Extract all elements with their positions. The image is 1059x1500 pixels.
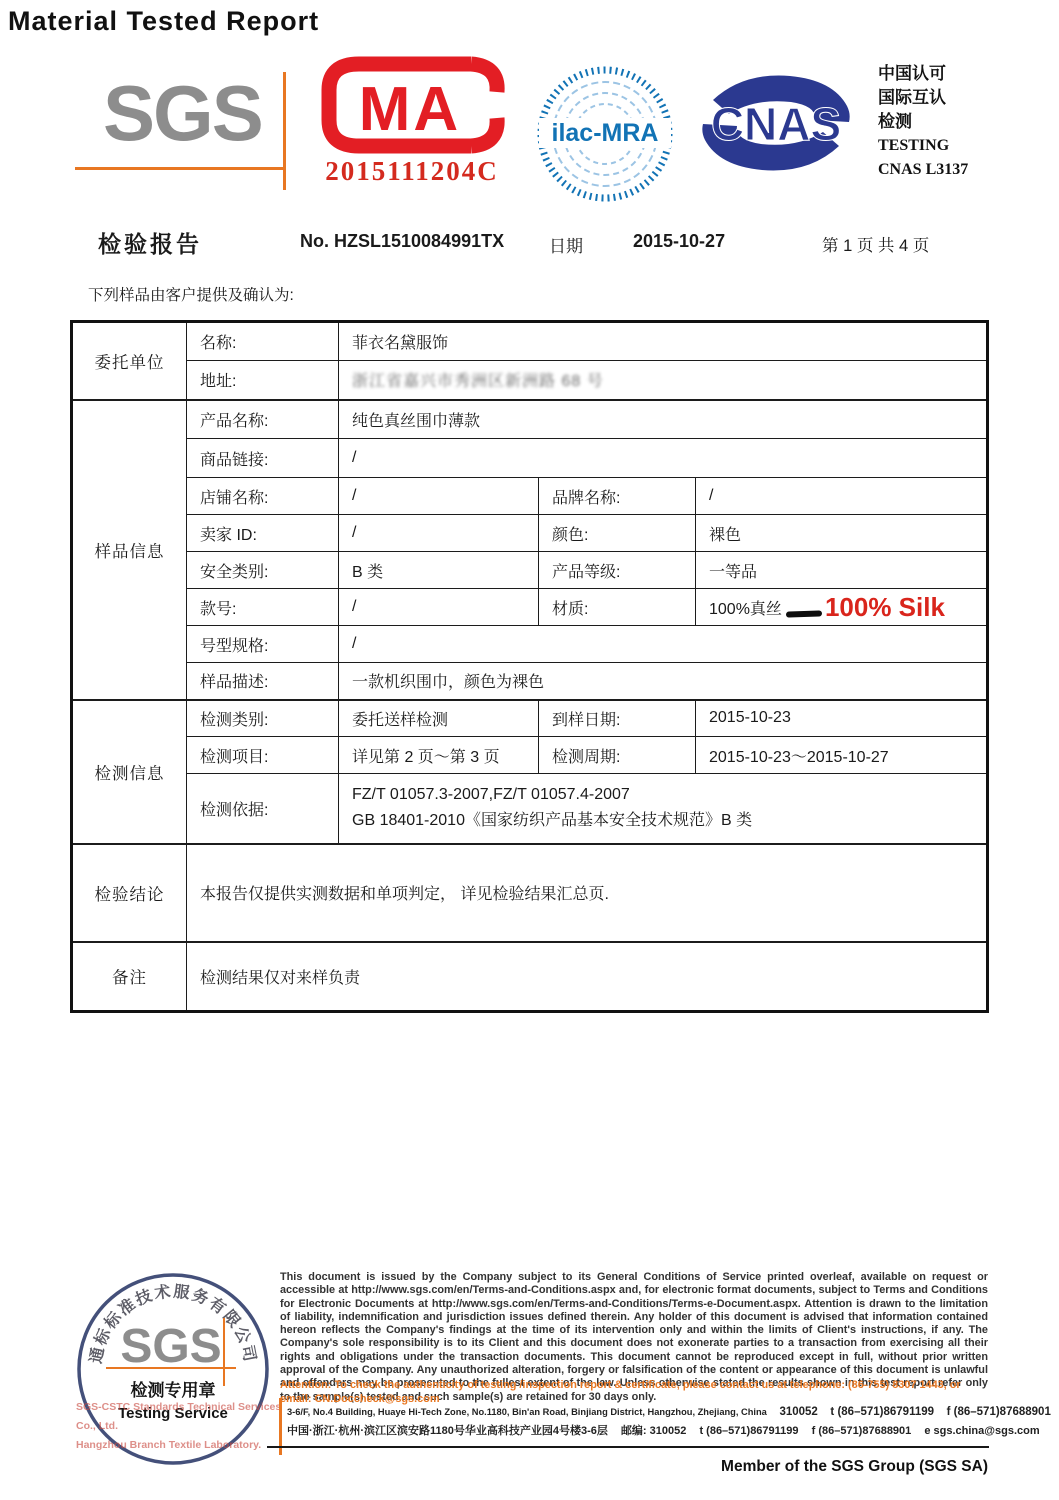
- accreditation-line: TESTING: [878, 134, 998, 158]
- test-type-label: 检测类别:: [187, 700, 339, 737]
- test-type-value: 委托送样检测: [339, 700, 539, 737]
- description-value: 一款机织围巾，颜色为裸色: [339, 663, 988, 700]
- cma-logo: MA 2015111204C: [310, 54, 515, 199]
- sgs-logo: SGS: [75, 60, 290, 200]
- grade-value: 一等品: [696, 552, 988, 589]
- stamp-sgs-text: SGS: [120, 1320, 221, 1373]
- table-row: 样品描述: 一款机织围巾，颜色为裸色: [72, 663, 988, 700]
- seller-id-label: 卖家 ID:: [187, 515, 339, 552]
- color-value: 裸色: [696, 515, 988, 552]
- postcode-en: 310052: [779, 1406, 817, 1418]
- basis-value: FZ/T 01057.3-2007,FZ/T 01057.4-2007 GB 1…: [339, 774, 988, 844]
- footer-divider-line: [267, 1446, 989, 1448]
- sgs-logo-vertical-line: [283, 72, 286, 190]
- group-test-info: 检测信息: [72, 700, 187, 844]
- grade-label: 产品等级:: [539, 552, 696, 589]
- table-row: 检测项目: 详见第 2 页～第 3 页 检测周期: 2015-10-23～201…: [72, 737, 988, 774]
- cnas-text: CNAS: [711, 98, 841, 150]
- address-cn: 中国·浙江·杭州·滨江区滨安路1180号华业高科技产业园4号楼3-6层: [287, 1425, 608, 1437]
- report-table: 委托单位 名称: 菲衣名黛服饰 地址: 浙江省嘉兴市秀洲区新洲路 68 号 样品…: [70, 320, 989, 1013]
- telephone-en: t (86–571)86791199: [830, 1406, 934, 1418]
- link-label: 商品链接:: [187, 439, 339, 478]
- annotation-dash: [786, 610, 822, 617]
- attention-text: Attention: To check the authenticity of …: [280, 1379, 988, 1406]
- test-period-label: 检测周期:: [539, 737, 696, 774]
- ilac-mra-icon: ilac-MRA: [535, 64, 675, 204]
- group-conclusion: 检验结论: [72, 844, 187, 942]
- name-value: 菲衣名黛服饰: [339, 322, 988, 361]
- page-title: Material Tested Report: [8, 6, 319, 37]
- brand-value: /: [696, 478, 988, 515]
- email: e sgs.china@sgs.com: [924, 1425, 1039, 1437]
- test-items-label: 检测项目:: [187, 737, 339, 774]
- member-text: Member of the SGS Group (SGS SA): [640, 1458, 988, 1476]
- report-page: Material Tested Report SGS MA 2015111204…: [0, 0, 1059, 1500]
- lab-name-overlay: SGS-CSTC Standards Technical Services Co…: [76, 1398, 298, 1455]
- arrival-date-label: 到样日期:: [539, 700, 696, 737]
- product-label: 产品名称:: [187, 400, 339, 439]
- shop-value: /: [339, 478, 539, 515]
- accreditation-line: 中国认可: [878, 62, 998, 86]
- table-row: 检验结论 本报告仅提供实测数据和单项判定， 详见检验结果汇总页.: [72, 844, 988, 942]
- table-row: 检测信息 检测类别: 委托送样检测 到样日期: 2015-10-23: [72, 700, 988, 737]
- product-value: 纯色真丝围巾薄款: [339, 400, 988, 439]
- safety-value: B 类: [339, 552, 539, 589]
- fax-en: f (86–571)87688901: [947, 1406, 1051, 1418]
- accreditation-line: 检测: [878, 110, 998, 134]
- cma-certificate-number: 2015111204C: [312, 156, 512, 187]
- sgs-logo-text: SGS: [103, 74, 262, 152]
- cnas-icon: CNAS: [695, 70, 857, 176]
- group-client: 委托单位: [72, 322, 187, 400]
- table-row: 样品信息 产品名称: 纯色真丝围巾薄款: [72, 400, 988, 439]
- report-number: No. HZSL1510084991TX: [300, 231, 504, 252]
- table-row: 地址: 浙江省嘉兴市秀洲区新洲路 68 号: [72, 361, 988, 400]
- material-annotation: 100% Silk: [825, 592, 945, 623]
- style-label: 款号:: [187, 589, 339, 626]
- report-title: 检验报告: [98, 226, 202, 259]
- accreditation-text-block: 中国认可 国际互认 检测 TESTING CNAS L3137: [878, 62, 998, 182]
- conclusion-value: 本报告仅提供实测数据和单项判定， 详见检验结果汇总页.: [187, 844, 988, 942]
- cnas-logo: CNAS: [695, 70, 857, 181]
- basis-line-1: FZ/T 01057.3-2007,FZ/T 01057.4-2007: [352, 782, 980, 808]
- table-row: 卖家 ID: / 颜色: 裸色: [72, 515, 988, 552]
- size-value: /: [339, 626, 988, 663]
- safety-label: 安全类别:: [187, 552, 339, 589]
- lab-name-line-2: Hangzhou Branch Textile Laboratory.: [76, 1436, 298, 1455]
- stamp-line-1: 检测专用章: [131, 1380, 216, 1400]
- table-row: 款号: / 材质: 100%真丝 100% Silk: [72, 589, 988, 626]
- postcode-cn: 邮编: 310052: [621, 1425, 686, 1437]
- ilac-mra-logo: ilac-MRA: [535, 64, 675, 209]
- address-en: 3-6/F, No.4 Building, Huaye Hi-Tech Zone…: [287, 1407, 767, 1417]
- size-label: 号型规格:: [187, 626, 339, 663]
- table-row: 安全类别: B 类 产品等级: 一等品: [72, 552, 988, 589]
- table-row: 号型规格: /: [72, 626, 988, 663]
- address-line-cn: 中国·浙江·杭州·滨江区滨安路1180号华业高科技产业园4号楼3-6层 邮编: …: [287, 1422, 987, 1438]
- material-label: 材质:: [539, 589, 696, 626]
- name-label: 名称:: [187, 322, 339, 361]
- material-value: 100%真丝 100% Silk: [696, 589, 988, 626]
- table-row: 检测依据: FZ/T 01057.3-2007,FZ/T 01057.4-200…: [72, 774, 988, 844]
- intro-text: 下列样品由客户提供及确认为:: [88, 283, 294, 305]
- table-row: 店铺名称: / 品牌名称: /: [72, 478, 988, 515]
- description-label: 样品描述:: [187, 663, 339, 700]
- test-items-value: 详见第 2 页～第 3 页: [339, 737, 539, 774]
- cma-letters: MA: [358, 75, 460, 144]
- table-row: 委托单位 名称: 菲衣名黛服饰: [72, 322, 988, 361]
- address-value: 浙江省嘉兴市秀洲区新洲路 68 号: [339, 361, 988, 400]
- ilac-mra-text: ilac-MRA: [552, 119, 659, 147]
- accreditation-line: 国际互认: [878, 86, 998, 110]
- seller-id-value: /: [339, 515, 539, 552]
- date-label: 日期: [549, 232, 583, 257]
- lab-name-line-1: SGS-CSTC Standards Technical Services Co…: [76, 1398, 298, 1436]
- material-text: 100%真丝: [709, 596, 782, 619]
- shop-label: 店铺名称:: [187, 478, 339, 515]
- test-period-value: 2015-10-23～2015-10-27: [696, 737, 988, 774]
- telephone-cn: t (86–571)86791199: [699, 1425, 798, 1437]
- remark-value: 检测结果仅对来样负责: [187, 942, 988, 1012]
- brand-label: 品牌名称:: [539, 478, 696, 515]
- basis-line-2: GB 18401-2010《国家纺织产品基本安全技术规范》B 类: [352, 808, 980, 834]
- group-sample: 样品信息: [72, 400, 187, 700]
- address-label: 地址:: [187, 361, 339, 400]
- cma-mark-icon: MA: [313, 54, 513, 156]
- address-block: 3-6/F, No.4 Building, Huaye Hi-Tech Zone…: [287, 1406, 987, 1438]
- date-value: 2015-10-27: [633, 231, 725, 252]
- accreditation-line: CNAS L3137: [878, 158, 998, 182]
- sgs-logo-horizontal-line: [75, 167, 285, 170]
- group-remark: 备注: [72, 942, 187, 1012]
- arrival-date-value: 2015-10-23: [696, 700, 988, 737]
- link-value: /: [339, 439, 988, 478]
- address-line-en: 3-6/F, No.4 Building, Huaye Hi-Tech Zone…: [287, 1406, 987, 1418]
- basis-label: 检测依据:: [187, 774, 339, 844]
- fax-cn: f (86–571)87688901: [812, 1425, 912, 1437]
- table-row: 备注 检测结果仅对来样负责: [72, 942, 988, 1012]
- page-info: 第 1 页 共 4 页: [822, 232, 929, 256]
- table-row: 商品链接: /: [72, 439, 988, 478]
- style-value: /: [339, 589, 539, 626]
- color-label: 颜色:: [539, 515, 696, 552]
